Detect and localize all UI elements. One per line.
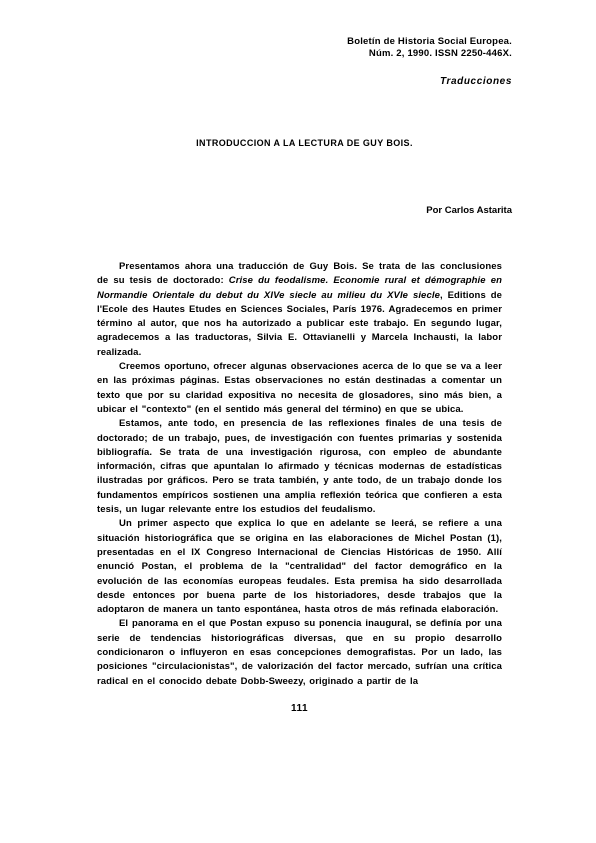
- paragraph: El panorama en el que Postan expuso su p…: [97, 617, 502, 688]
- paragraph-text: Estamos, ante todo, en presencia de las …: [97, 418, 502, 515]
- paragraph: Presentamos ahora una traducción de Guy …: [97, 260, 502, 360]
- paragraph: Estamos, ante todo, en presencia de las …: [97, 417, 502, 517]
- article-title: INTRODUCCION A LA LECTURA DE GUY BOIS.: [97, 138, 512, 148]
- paragraph-text: El panorama en el que Postan expuso su p…: [97, 618, 502, 686]
- paragraph-text: Creemos oportuno, ofrecer algunas observ…: [97, 361, 502, 415]
- paragraph: Un primer aspecto que explica lo que en …: [97, 517, 502, 617]
- journal-header: Boletín de Historia Social Europea. Núm.…: [0, 36, 512, 60]
- document-page: Boletín de Historia Social Europea. Núm.…: [0, 0, 596, 843]
- section-label: Traducciones: [0, 76, 512, 87]
- page-number: 111: [97, 703, 502, 714]
- article-body: Presentamos ahora una traducción de Guy …: [97, 260, 502, 689]
- author-byline: Por Carlos Astarita: [0, 205, 512, 216]
- paragraph: Creemos oportuno, ofrecer algunas observ…: [97, 360, 502, 417]
- journal-issue: Núm. 2, 1990. ISSN 2250-446X.: [0, 48, 512, 60]
- paragraph-text: Un primer aspecto que explica lo que en …: [97, 518, 502, 615]
- journal-name: Boletín de Historia Social Europea.: [0, 36, 512, 48]
